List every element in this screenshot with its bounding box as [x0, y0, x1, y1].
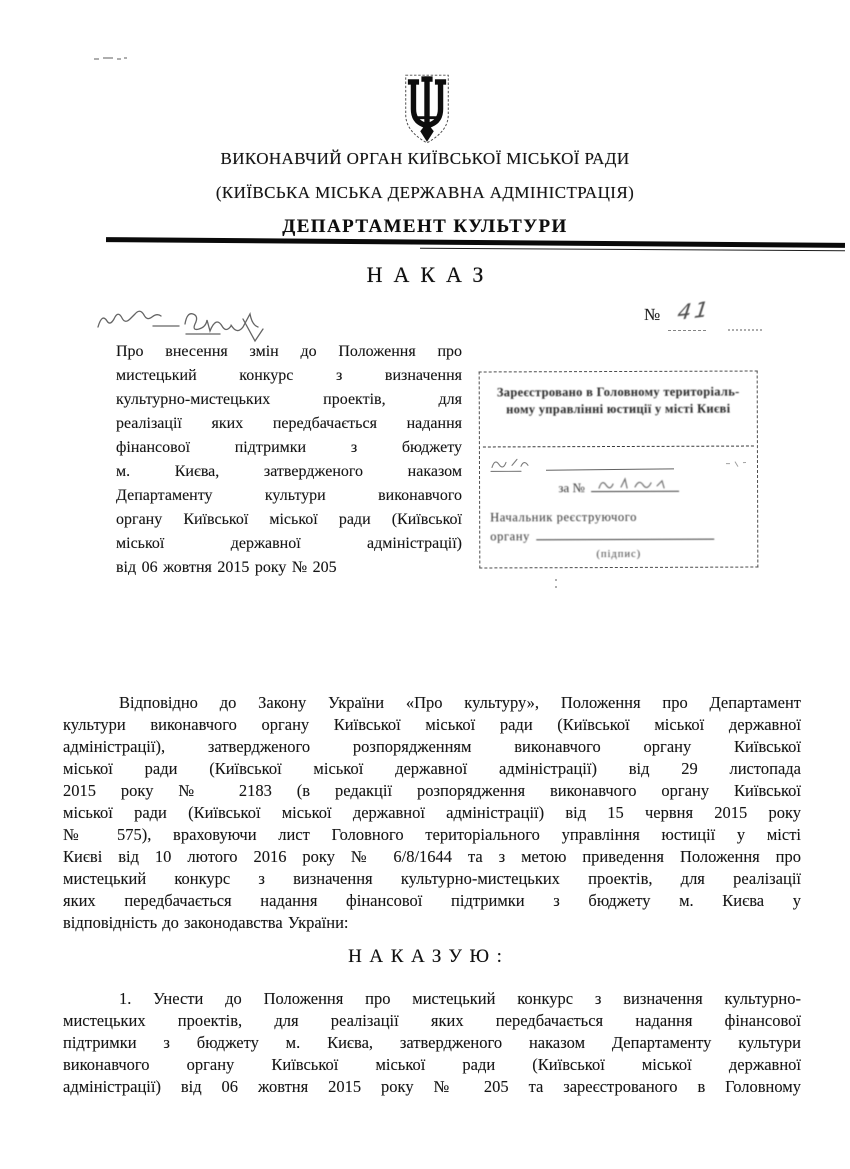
order-title: НАКАЗ	[0, 262, 850, 288]
text-line: ному управлінні юстиції у місті Києві	[485, 401, 752, 419]
decree-item-1: 1. Унести до Положення про мистецький ко…	[63, 988, 801, 1098]
text-line: Відповідно до Закону України «Про культу…	[63, 692, 801, 714]
stamp-signature-caption: (підпис)	[480, 549, 757, 561]
org-name-line2: (КИЇВСЬКА МІСЬКА ДЕРЖАВНА АДМІНІСТРАЦІЯ)	[0, 183, 850, 203]
stamp-official-title: Начальник реєструючого органу	[490, 508, 714, 547]
text-line: культури виконавчого органу Київської мі…	[63, 714, 801, 736]
text-line: міської державної адміністрації)	[116, 532, 462, 556]
text-line: мистецький конкурс з визначення	[116, 364, 462, 388]
stamp-bottom-artifact	[552, 577, 560, 591]
ukraine-trident-icon	[398, 70, 456, 150]
stamp-separator	[483, 446, 754, 448]
header-rule	[106, 237, 845, 248]
stamp-number-row: за №	[480, 477, 757, 497]
text-line: культурно-мистецьких проектів, для	[116, 388, 462, 412]
text-line: виконавчого органу Київської міської рад…	[63, 1054, 801, 1076]
registration-stamp: Зареєстровано в Головному територіаль-но…	[479, 371, 759, 569]
text-line: м. Києва, затвердженого наказом	[116, 460, 462, 484]
order-subject: Про внесення змін до Положення промистец…	[116, 340, 462, 580]
scanned-order-document: ВИКОНАВЧИЙ ОРГАН КИЇВСЬКОЇ МІСЬКОЇ РАДИ …	[0, 0, 850, 1169]
text-line: 2015 року № 2183 (в редакції розпоряджен…	[63, 780, 801, 802]
stamp-date-right-marks	[723, 454, 749, 470]
text-line: органу Київської міської ради (Київської	[116, 508, 462, 532]
text-line: № 575), враховуючи лист Головного терито…	[63, 824, 801, 846]
text-line: адміністрації) від 06 жовтня 2015 року №…	[63, 1076, 801, 1098]
stamp-official-underline	[536, 527, 714, 541]
org-name-line1: ВИКОНАВЧИЙ ОРГАН КИЇВСЬКОЇ МІСЬКОЇ РАДИ	[0, 149, 850, 169]
stamp-number-scribble	[591, 475, 679, 491]
text-line: від 06 жовтня 2015 року № 205	[116, 556, 462, 580]
stamp-number-label: за №	[558, 480, 585, 495]
stamp-official-line1: Начальник реєструючого	[490, 508, 714, 528]
stamp-official-word: органу	[490, 529, 530, 543]
text-line: мистецьких проектів, для реалізації яких…	[63, 1010, 801, 1032]
stamp-date-scribble	[488, 452, 544, 474]
stamp-number-underline	[591, 477, 679, 492]
text-line: фінансової підтримки з бюджету	[116, 436, 462, 460]
text-line: мистецький конкурс з визначення культурн…	[63, 868, 801, 890]
text-line: Департаменту культури виконавчого	[116, 484, 462, 508]
body-paragraph-1: Відповідно до Закону України «Про культу…	[63, 692, 801, 934]
text-line: 1. Унести до Положення про мистецький ко…	[63, 988, 801, 1010]
header-rule-thin	[420, 248, 845, 252]
text-line: яких передбачається надання фінансової п…	[63, 890, 801, 912]
text-line: відповідність до законодавства України:	[63, 912, 801, 934]
stamp-date-line	[488, 452, 749, 475]
stamp-registered-text: Зареєстровано в Головному територіаль-но…	[485, 384, 752, 419]
text-line: Про внесення змін до Положення про	[116, 340, 462, 364]
department-name: ДЕПАРТАМЕНТ КУЛЬТУРИ	[0, 216, 850, 238]
text-line: міської ради (Київської міської державно…	[63, 802, 801, 824]
stamp-date-underline	[546, 468, 674, 470]
text-line: підтримки з бюджету м. Києва, затверджен…	[63, 1032, 801, 1054]
order-number-row: № 41	[644, 303, 814, 343]
text-line: реалізації яких передбачається надання	[116, 412, 462, 436]
stamp-official-line2: органу	[490, 527, 714, 547]
text-line: Києві від 10 лютого 2016 року № 6/8/1644…	[63, 846, 801, 868]
decree-heading: НАКАЗУЮ:	[0, 946, 850, 968]
order-number-dotted-line	[728, 329, 762, 331]
text-line: Зареєстровано в Головному територіаль-	[485, 384, 752, 402]
order-number-label: №	[644, 305, 660, 325]
text-line: міської ради (Київської міської державно…	[63, 758, 801, 780]
order-number-underline	[668, 330, 706, 331]
handwritten-order-number: 41	[676, 297, 712, 325]
scan-artifact-marks	[92, 53, 132, 63]
text-line: адміністрації), затвердженого розпорядже…	[63, 736, 801, 758]
